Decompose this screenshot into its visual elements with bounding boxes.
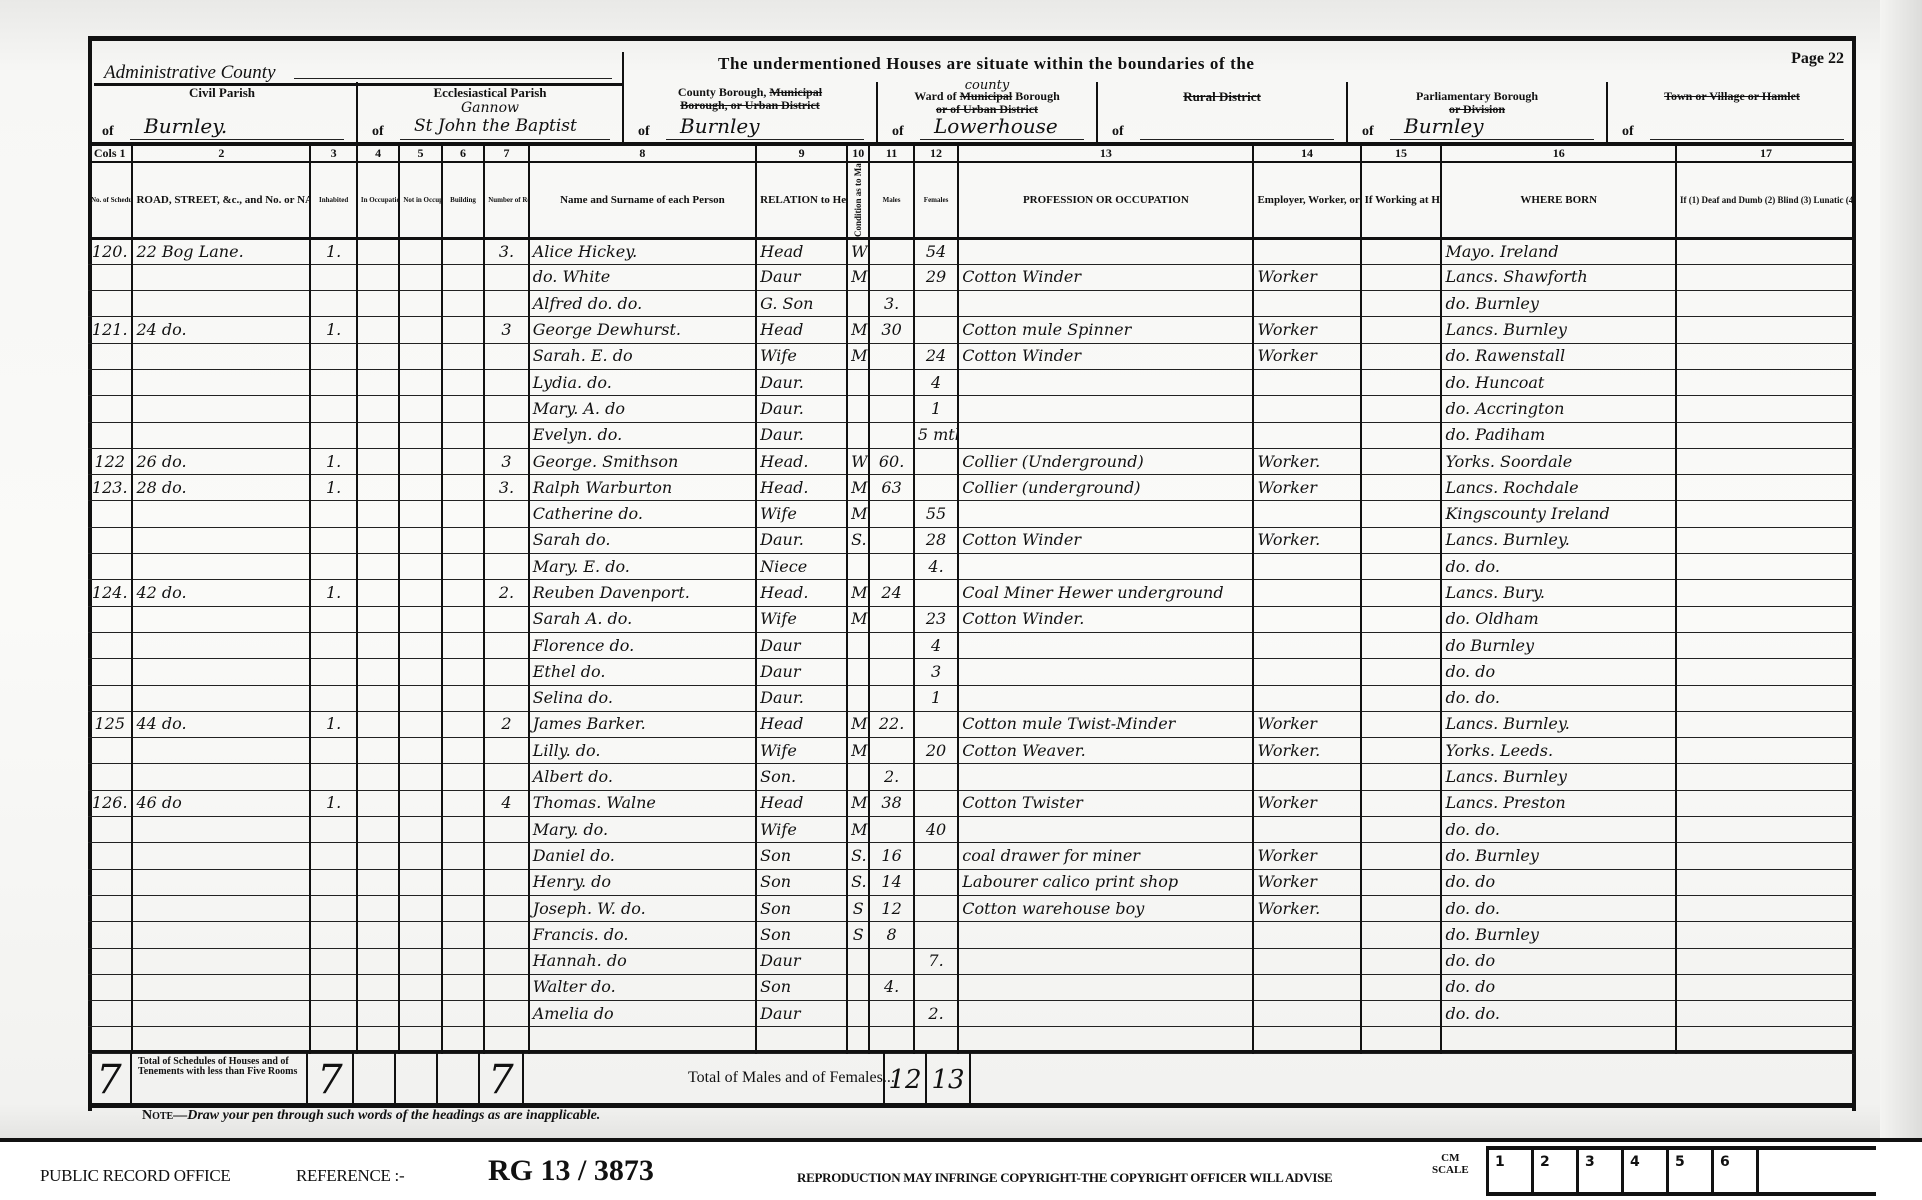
building — [442, 948, 484, 974]
female-age: 55 — [914, 501, 958, 527]
not-in-occupation — [399, 554, 441, 580]
in-occupation — [357, 817, 399, 843]
header-relation: RELATION to Head of Family — [756, 162, 847, 238]
infirmity — [1676, 817, 1855, 843]
in-occupation — [357, 317, 399, 343]
working-at-home — [1361, 659, 1442, 685]
schedules-total-label: Total of Schedules of Houses and of Tene… — [132, 1053, 308, 1108]
working-at-home — [1361, 475, 1442, 501]
building — [442, 527, 484, 553]
not-in-occupation — [399, 817, 441, 843]
female-age: 4 — [914, 369, 958, 395]
birthplace: do. do — [1441, 659, 1676, 685]
in-occupation — [357, 396, 399, 422]
inhabited-count — [310, 869, 357, 895]
relation-to-head: Wife — [756, 817, 847, 843]
birthplace: Mayo. Ireland — [1441, 238, 1676, 264]
occupation: Coal Miner Hewer underground — [958, 580, 1253, 606]
not-in-occupation — [399, 606, 441, 632]
infirmity — [1676, 317, 1855, 343]
not-in-occupation — [399, 448, 441, 474]
marital-condition: M. — [847, 790, 869, 816]
relation-to-head: Head. — [756, 580, 847, 606]
employment-status: Worker — [1253, 264, 1360, 290]
occupation — [958, 369, 1253, 395]
employment-status — [1253, 1001, 1360, 1027]
person-name: Francis. do. — [529, 922, 756, 948]
schedule-no — [88, 264, 132, 290]
person-name: James Barker. — [529, 711, 756, 737]
occupation: Labourer calico print shop — [958, 869, 1253, 895]
schedule-no — [88, 291, 132, 317]
not-in-occupation — [399, 922, 441, 948]
road-address — [132, 869, 310, 895]
inhabited-count — [310, 948, 357, 974]
building — [442, 632, 484, 658]
female-age: 1 — [914, 685, 958, 711]
employment-status — [1253, 369, 1360, 395]
road-address: 46 do — [132, 790, 310, 816]
inhabited-count — [310, 343, 357, 369]
male-age: 8 — [869, 922, 913, 948]
male-age — [869, 738, 913, 764]
working-at-home — [1361, 817, 1442, 843]
building — [442, 790, 484, 816]
building — [442, 448, 484, 474]
road-address — [132, 843, 310, 869]
rooms-count — [484, 738, 528, 764]
in-occupation — [357, 369, 399, 395]
building — [442, 738, 484, 764]
schedule-no — [88, 948, 132, 974]
birthplace: do. Burnley — [1441, 291, 1676, 317]
in-occupation — [357, 685, 399, 711]
schedule-no: 121. — [88, 317, 132, 343]
in-occupation — [357, 659, 399, 685]
infirmity — [1676, 501, 1855, 527]
area-civil-parish: Civil Parish of Burnley. — [88, 82, 358, 146]
occupation: Cotton mule Spinner — [958, 317, 1253, 343]
copyright-notice: REPRODUCTION MAY INFRINGE COPYRIGHT-THE … — [797, 1170, 1332, 1186]
female-age — [914, 790, 958, 816]
working-at-home — [1361, 264, 1442, 290]
female-age: 28 — [914, 527, 958, 553]
not-in-occupation — [399, 948, 441, 974]
scan-edge — [1880, 0, 1922, 1200]
not-in-occupation — [399, 711, 441, 737]
male-age — [869, 501, 913, 527]
inhabited-count: 1. — [310, 317, 357, 343]
infirmity — [1676, 396, 1855, 422]
table-row: Mary. do.WifeM.40do. do. — [88, 817, 1855, 843]
person-name: Sarah. E. do — [529, 343, 756, 369]
building — [442, 238, 484, 264]
in-occupation — [357, 738, 399, 764]
occupation: Cotton Winder — [958, 527, 1253, 553]
employment-status — [1253, 632, 1360, 658]
person-name: Mary. A. do — [529, 396, 756, 422]
road-address: 26 do. — [132, 448, 310, 474]
infirmity — [1676, 1001, 1855, 1027]
employment-status — [1253, 501, 1360, 527]
not-in-occupation — [399, 238, 441, 264]
female-age — [914, 869, 958, 895]
schedule-no — [88, 895, 132, 921]
not-in-occupation — [399, 895, 441, 921]
inhabited-count — [310, 895, 357, 921]
table-row: 124.42 do.1.2.Reuben Davenport.Head.M.24… — [88, 580, 1855, 606]
building — [442, 817, 484, 843]
area-boundaries: Civil Parish of Burnley. Ecclesiastical … — [88, 82, 1856, 146]
occupation — [958, 922, 1253, 948]
rooms-count: 4 — [484, 790, 528, 816]
marital-condition: M. — [847, 317, 869, 343]
relation-to-head: Son — [756, 843, 847, 869]
person-name: Lilly. do. — [529, 738, 756, 764]
road-address — [132, 369, 310, 395]
person-name: Thomas. Walne — [529, 790, 756, 816]
employment-status: Worker — [1253, 790, 1360, 816]
occupation — [958, 817, 1253, 843]
person-name: Reuben Davenport. — [529, 580, 756, 606]
female-age: 54 — [914, 238, 958, 264]
building — [442, 764, 484, 790]
table-row: Albert do.Son.2.Lancs. Burnley — [88, 764, 1855, 790]
scale-mark — [1756, 1150, 1876, 1192]
road-address — [132, 554, 310, 580]
infirmity — [1676, 291, 1855, 317]
person-name: Mary. do. — [529, 817, 756, 843]
person-name: Daniel do. — [529, 843, 756, 869]
table-row: Joseph. W. do.SonS12Cotton warehouse boy… — [88, 895, 1855, 921]
working-at-home — [1361, 738, 1442, 764]
building — [442, 554, 484, 580]
employment-status — [1253, 817, 1360, 843]
male-age: 3. — [869, 291, 913, 317]
rooms-total: 7 — [480, 1053, 524, 1108]
male-age: 63 — [869, 475, 913, 501]
male-age: 14 — [869, 869, 913, 895]
record-office: PUBLIC RECORD OFFICE — [40, 1166, 230, 1186]
female-age — [914, 448, 958, 474]
employment-status — [1253, 580, 1360, 606]
header-condition: Condition as to Marriage — [847, 162, 869, 238]
schedule-no: 123. — [88, 475, 132, 501]
building — [442, 422, 484, 448]
table-row: Sarah A. do.WifeM.23Cotton Winder.do. Ol… — [88, 606, 1855, 632]
county-borough-value: Burnley — [666, 114, 864, 140]
in-occupation — [357, 922, 399, 948]
occupation — [958, 685, 1253, 711]
table-row: Florence do.Daur4do Burnley — [88, 632, 1855, 658]
birthplace: do. Huncoat — [1441, 369, 1676, 395]
building — [442, 685, 484, 711]
male-age — [869, 369, 913, 395]
marital-condition: M. — [847, 580, 869, 606]
schedule-no — [88, 396, 132, 422]
in-occupation — [357, 895, 399, 921]
building — [442, 659, 484, 685]
working-at-home — [1361, 396, 1442, 422]
birthplace: do. Padiham — [1441, 422, 1676, 448]
birthplace: do. do — [1441, 869, 1676, 895]
infirmity — [1676, 343, 1855, 369]
employment-status: Worker — [1253, 343, 1360, 369]
marital-condition — [847, 422, 869, 448]
schedules-total: 7 — [88, 1053, 132, 1108]
occupation — [958, 948, 1253, 974]
rural-district-value — [1140, 114, 1334, 140]
working-at-home — [1361, 711, 1442, 737]
employment-status — [1253, 659, 1360, 685]
inhabited-count — [310, 369, 357, 395]
females-total: 13 — [927, 1053, 971, 1108]
working-at-home — [1361, 369, 1442, 395]
inhabited-count: 1. — [310, 790, 357, 816]
infirmity — [1676, 448, 1855, 474]
female-age: 24 — [914, 343, 958, 369]
birthplace: do. Oldham — [1441, 606, 1676, 632]
instruction-note: Note—Draw your pen through such words of… — [142, 1108, 600, 1124]
occupation — [958, 396, 1253, 422]
employment-status — [1253, 948, 1360, 974]
birthplace: Lancs. Burnley — [1441, 764, 1676, 790]
inhabited-count: 1. — [310, 238, 357, 264]
employment-status: Worker — [1253, 869, 1360, 895]
header-inhabited: Inhabited — [310, 162, 357, 238]
not-in-occupation — [399, 632, 441, 658]
rooms-count — [484, 922, 528, 948]
road-address — [132, 396, 310, 422]
rooms-count — [484, 895, 528, 921]
male-age: 12 — [869, 895, 913, 921]
marital-condition — [847, 1001, 869, 1027]
working-at-home — [1361, 1001, 1442, 1027]
relation-to-head: Daur. — [756, 369, 847, 395]
working-at-home — [1361, 843, 1442, 869]
building — [442, 317, 484, 343]
schedule-no — [88, 554, 132, 580]
female-age — [914, 843, 958, 869]
male-age — [869, 632, 913, 658]
not-in-occupation — [399, 317, 441, 343]
rooms-count — [484, 843, 528, 869]
relation-to-head: Wife — [756, 606, 847, 632]
relation-to-head: Wife — [756, 501, 847, 527]
building — [442, 843, 484, 869]
marital-condition: M. — [847, 711, 869, 737]
road-address — [132, 606, 310, 632]
marital-condition: S. — [847, 527, 869, 553]
road-address — [132, 291, 310, 317]
not-in-occupation — [399, 291, 441, 317]
table-row: Mary. A. doDaur.1do. Accrington — [88, 396, 1855, 422]
rooms-count: 3 — [484, 448, 528, 474]
reference-number: RG 13 / 3873 — [488, 1154, 654, 1188]
infirmity — [1676, 764, 1855, 790]
rooms-count — [484, 291, 528, 317]
marital-condition: S. — [847, 869, 869, 895]
working-at-home — [1361, 790, 1442, 816]
occupation: Cotton Weaver. — [958, 738, 1253, 764]
not-in-occupation — [399, 1001, 441, 1027]
birthplace: do. do. — [1441, 685, 1676, 711]
totals-row: 7 Total of Schedules of Houses and of Te… — [88, 1050, 1856, 1108]
males-total: 12 — [883, 1053, 927, 1108]
occupation: Cotton Winder — [958, 264, 1253, 290]
marital-condition: S — [847, 922, 869, 948]
infirmity — [1676, 711, 1855, 737]
table-row: Sarah. E. doWifeM.24Cotton WinderWorkerd… — [88, 343, 1855, 369]
marital-condition — [847, 369, 869, 395]
infirmity — [1676, 632, 1855, 658]
not-in-occupation — [399, 790, 441, 816]
building — [442, 606, 484, 632]
rooms-count: 3. — [484, 475, 528, 501]
male-age — [869, 948, 913, 974]
not-in-occupation — [399, 396, 441, 422]
schedule-no — [88, 685, 132, 711]
employment-status — [1253, 764, 1360, 790]
relation-to-head: Head. — [756, 448, 847, 474]
schedule-no — [88, 738, 132, 764]
cm-scale-bar: 1 2 3 4 5 6 — [1486, 1146, 1876, 1196]
relation-to-head: Son — [756, 869, 847, 895]
building — [442, 711, 484, 737]
person-name: Florence do. — [529, 632, 756, 658]
not-in-occupation — [399, 869, 441, 895]
male-age — [869, 659, 913, 685]
employment-status — [1253, 922, 1360, 948]
admin-county-label: Administrative County — [104, 62, 276, 84]
infirmity — [1676, 922, 1855, 948]
relation-to-head: Daur. — [756, 422, 847, 448]
employment-status: Worker. — [1253, 448, 1360, 474]
inhabited-count — [310, 974, 357, 1000]
rooms-count — [484, 527, 528, 553]
inhabited-count: 1. — [310, 475, 357, 501]
occupation — [958, 632, 1253, 658]
table-row: Lydia. do.Daur.4do. Huncoat — [88, 369, 1855, 395]
working-at-home — [1361, 343, 1442, 369]
road-address: 24 do. — [132, 317, 310, 343]
employment-status — [1253, 238, 1360, 264]
relation-to-head: Son — [756, 974, 847, 1000]
female-age — [914, 895, 958, 921]
birthplace: do. do. — [1441, 554, 1676, 580]
not-in-occupation — [399, 843, 441, 869]
not-in-occupation — [399, 764, 441, 790]
infirmity — [1676, 869, 1855, 895]
road-address — [132, 922, 310, 948]
person-name: Ralph Warburton — [529, 475, 756, 501]
female-age: 4 — [914, 632, 958, 658]
relation-to-head: Daur — [756, 948, 847, 974]
building — [442, 869, 484, 895]
marital-condition: S. — [847, 843, 869, 869]
marital-condition — [847, 396, 869, 422]
marital-condition: M. — [847, 343, 869, 369]
table-row: 121.24 do.1.3George Dewhurst.HeadM.30Cot… — [88, 317, 1855, 343]
header-at-home: If Working at Home — [1361, 162, 1442, 238]
male-age — [869, 527, 913, 553]
in-occupation — [357, 238, 399, 264]
birthplace: do. do. — [1441, 895, 1676, 921]
not-in-occupation — [399, 659, 441, 685]
in-occupation — [357, 843, 399, 869]
inhabited-total: 7 — [308, 1053, 354, 1108]
person-name: Catherine do. — [529, 501, 756, 527]
rooms-count — [484, 343, 528, 369]
table-row: Francis. do.SonS8do. Burnley — [88, 922, 1855, 948]
person-name: Walter do. — [529, 974, 756, 1000]
relation-to-head: Head — [756, 317, 847, 343]
not-in-occupation — [399, 422, 441, 448]
road-address — [132, 264, 310, 290]
marital-condition: S — [847, 895, 869, 921]
schedule-no — [88, 369, 132, 395]
infirmity — [1676, 843, 1855, 869]
admin-county-box: Administrative County — [94, 52, 624, 86]
infirmity — [1676, 685, 1855, 711]
relation-to-head: Head — [756, 238, 847, 264]
road-address: 42 do. — [132, 580, 310, 606]
in-occupation — [357, 422, 399, 448]
table-row: Lilly. do.WifeM.20Cotton Weaver.Worker.Y… — [88, 738, 1855, 764]
occupation — [958, 659, 1253, 685]
male-age — [869, 1001, 913, 1027]
table-row: Ethel do.Daur3do. do — [88, 659, 1855, 685]
schedule-no — [88, 843, 132, 869]
not-in-occupation — [399, 475, 441, 501]
inhabited-count — [310, 843, 357, 869]
area-parliamentary-borough: Parliamentary Boroughor Division of Burn… — [1348, 82, 1608, 146]
employment-status: Worker. — [1253, 738, 1360, 764]
inhabited-count — [310, 817, 357, 843]
rooms-count: 2. — [484, 580, 528, 606]
occupation — [958, 238, 1253, 264]
female-age: 4. — [914, 554, 958, 580]
road-address: 28 do. — [132, 475, 310, 501]
in-occupation — [357, 501, 399, 527]
person-name: Joseph. W. do. — [529, 895, 756, 921]
in-occupation — [357, 948, 399, 974]
road-address — [132, 738, 310, 764]
marital-condition — [847, 632, 869, 658]
birthplace: Yorks. Leeds. — [1441, 738, 1676, 764]
male-age — [869, 422, 913, 448]
table-row: Catherine do.WifeM.55Kingscounty Ireland — [88, 501, 1855, 527]
employment-status — [1253, 554, 1360, 580]
cm-scale-label: CM SCALE — [1432, 1152, 1469, 1176]
road-address — [132, 895, 310, 921]
building — [442, 291, 484, 317]
marital-condition — [847, 974, 869, 1000]
rooms-count — [484, 685, 528, 711]
infirmity — [1676, 580, 1855, 606]
rooms-count — [484, 974, 528, 1000]
table-row: do. WhiteDaurM.29Cotton WinderWorkerLanc… — [88, 264, 1855, 290]
male-age — [869, 396, 913, 422]
ecclesiastical-parish-value: St John the Baptist — [400, 114, 610, 140]
schedule-no — [88, 527, 132, 553]
scale-mark: 1 — [1486, 1150, 1531, 1192]
schedule-no: 120. — [88, 238, 132, 264]
road-address — [132, 685, 310, 711]
relation-to-head: Son — [756, 895, 847, 921]
occupation — [958, 764, 1253, 790]
person-name: Lydia. do. — [529, 369, 756, 395]
